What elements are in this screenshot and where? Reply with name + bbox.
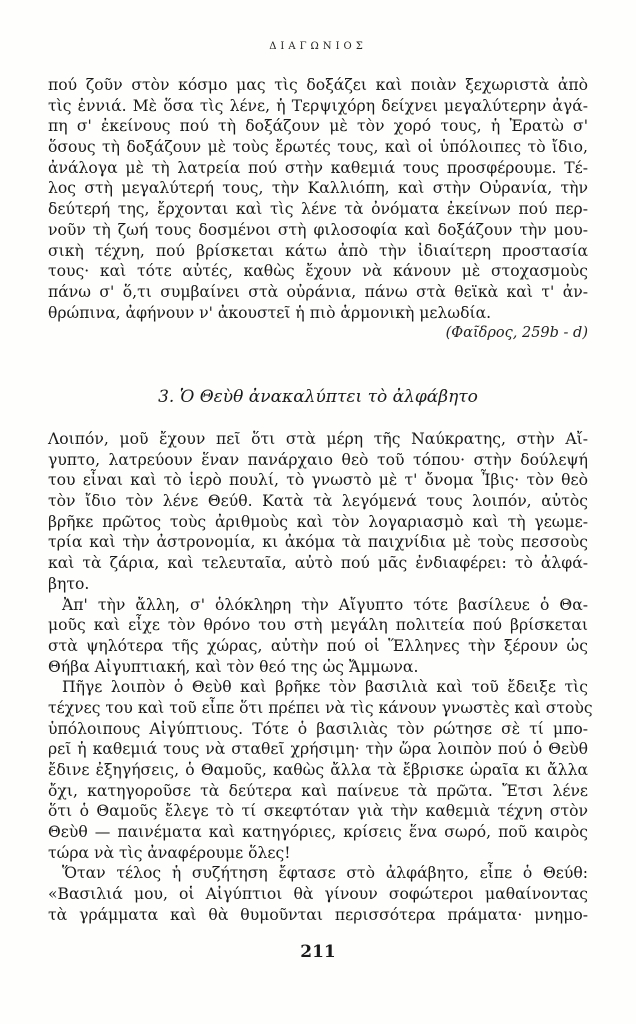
text-line: Θήβα Αἰγυπτιακή, καὶ τὸν θεό της ὡς Ἄμμω… xyxy=(48,657,588,678)
text-line: Λοιπόν, μοῦ ἔχουν πεῖ ὅτι στὰ μέρη τῆς Ν… xyxy=(48,429,588,450)
text-line: πού ζοῦν στὸν κόσμο μας τὶς δοξάζει καὶ … xyxy=(48,75,588,96)
page-number: 211 xyxy=(0,942,636,962)
text-line: τὸν ἴδιο τὸν λένε Θεύθ. Κατὰ τὰ λεγόμενά… xyxy=(48,491,588,512)
text-line: ὑπόλοιπους Αἰγύπτιους. Τότε ὁ βασιλιὰς τ… xyxy=(48,719,588,740)
text-line: στὰ ψηλότερα τῆς χώρας, αὐτὴν πού οἱ Ἕλλ… xyxy=(48,636,588,657)
text-line: καὶ τὰ ζάρια, καὶ τελευταῖα, αὐτὸ πού μᾶ… xyxy=(48,553,588,574)
text-line: Πῆγε λοιπὸν ὁ Θεὺθ καὶ βρῆκε τὸν βασιλιὰ… xyxy=(48,677,588,698)
text-line: βητο. xyxy=(48,574,588,595)
text-line: θρώπινα, ἀφήνουν ν' ἀκουστεῖ ἡ πιὸ ἁρμον… xyxy=(48,303,588,324)
text-line: λος στὴ μεγαλύτερή τους, τὴν Καλλιόπη, κ… xyxy=(48,178,588,199)
text-line: «Βασιλιά μου, οἱ Αἰγύπτιοι θὰ γίνουν σοφ… xyxy=(48,884,588,905)
text-line: ρεῖ ἡ καθεμιά τους νὰ σταθεῖ χρήσιμη· τὴ… xyxy=(48,739,588,760)
text-line: ὅσους τὴ δοξάζουν μὲ τοὺς ἔρωτές τους, κ… xyxy=(48,137,588,158)
text-line: Ὅταν τέλος ἡ συζήτηση ἔφτασε στὸ ἀλφάβητ… xyxy=(48,863,588,884)
text-line: βρῆκε πρῶτος τοὺς ἀριθμοὺς καὶ τὸν λογαρ… xyxy=(48,512,588,533)
text-line: τρία καὶ τὴν ἀστρονομία, κι ἀκόμα τὰ παι… xyxy=(48,532,588,553)
passage-theuth: Λοιπόν, μοῦ ἔχουν πεῖ ὅτι στὰ μέρη τῆς Ν… xyxy=(48,429,588,926)
text-line: πη σ' ἐκείνους πού τὴ δοξάζουν μὲ τὸν χο… xyxy=(48,116,588,137)
text-line: μοῦς καὶ εἶχε τὸν θρόνο του στὴ μεγάλη π… xyxy=(48,615,588,636)
text-line: τώρα νὰ τὶς ἀναφέρουμε ὅλες! xyxy=(48,843,588,864)
text-line: γυπτο, λατρεύουν ἕναν πανάρχαιο θεὸ τοῦ … xyxy=(48,450,588,471)
running-head: ΔΙΑΓΩΝΙΟΣ xyxy=(0,41,636,52)
book-page: ΔΙΑΓΩΝΙΟΣ πού ζοῦν στὸν κόσμο μας τὶς δο… xyxy=(0,0,636,1024)
text-line: τὰ γράμματα καὶ θὰ θυμοῦνται περισσότερα… xyxy=(48,905,588,926)
text-line: δεύτερή της, ἔρχονται καὶ τὶς λένε τὰ ὀν… xyxy=(48,199,588,220)
text-line: ἔδινε ἐξηγήσεις, ὁ Θαμοῦς, καθὼς ἄλλα τὰ… xyxy=(48,760,588,781)
section-heading: 3. Ὁ Θεὺθ ἀνακαλύπτει τὸ ἀλφάβητο xyxy=(0,387,636,407)
text-line: τέχνες του καὶ τοῦ εἶπε ὅτι πρέπει νὰ τὶ… xyxy=(48,698,588,719)
text-line: πάνω σ' ὅ,τι συμβαίνει στὰ οὐράνια, πάνω… xyxy=(48,282,588,303)
text-line: σικὴ τέχνη, πού βρίσκεται κάτω ἀπὸ τὴν ἰ… xyxy=(48,241,588,262)
text-line: του εἶναι καὶ τὸ ἱερὸ πουλί, τὸ γνωστὸ μ… xyxy=(48,470,588,491)
text-line: ὅτι ὁ Θαμοῦς ἔλεγε τὸ τί σκεφτόταν γιὰ τ… xyxy=(48,801,588,822)
text-line: τὶς ἐννιά. Μὲ ὅσα τὶς λένε, ἡ Τερψιχόρη … xyxy=(48,96,588,117)
text-line: ὄχι, κατηγοροῦσε τὰ δεύτερα καὶ παίνευε … xyxy=(48,781,588,802)
text-line: Ἀπ' τὴν ἄλλη, σ' ὁλόκληρη τὴν Αἴγυπτο τό… xyxy=(48,595,588,616)
text-line: Θεὺθ — παινέματα καὶ κατηγόριες, κρίσεις… xyxy=(48,822,588,843)
text-line: νοῦν τὴ ζωή τους δοσμένοι στὴ φιλοσοφία … xyxy=(48,220,588,241)
text-line: ἀνάλογα μὲ τὴ λατρεία πού στὴν καθεμιά τ… xyxy=(48,158,588,179)
text-line: τους· καὶ τότε αὐτές, καθὼς ἔχουν νὰ κάν… xyxy=(48,261,588,282)
citation: (Φαῖδρος, 259b - d) xyxy=(446,325,588,341)
passage-phaedrus: πού ζοῦν στὸν κόσμο μας τὶς δοξάζει καὶ … xyxy=(48,75,588,323)
